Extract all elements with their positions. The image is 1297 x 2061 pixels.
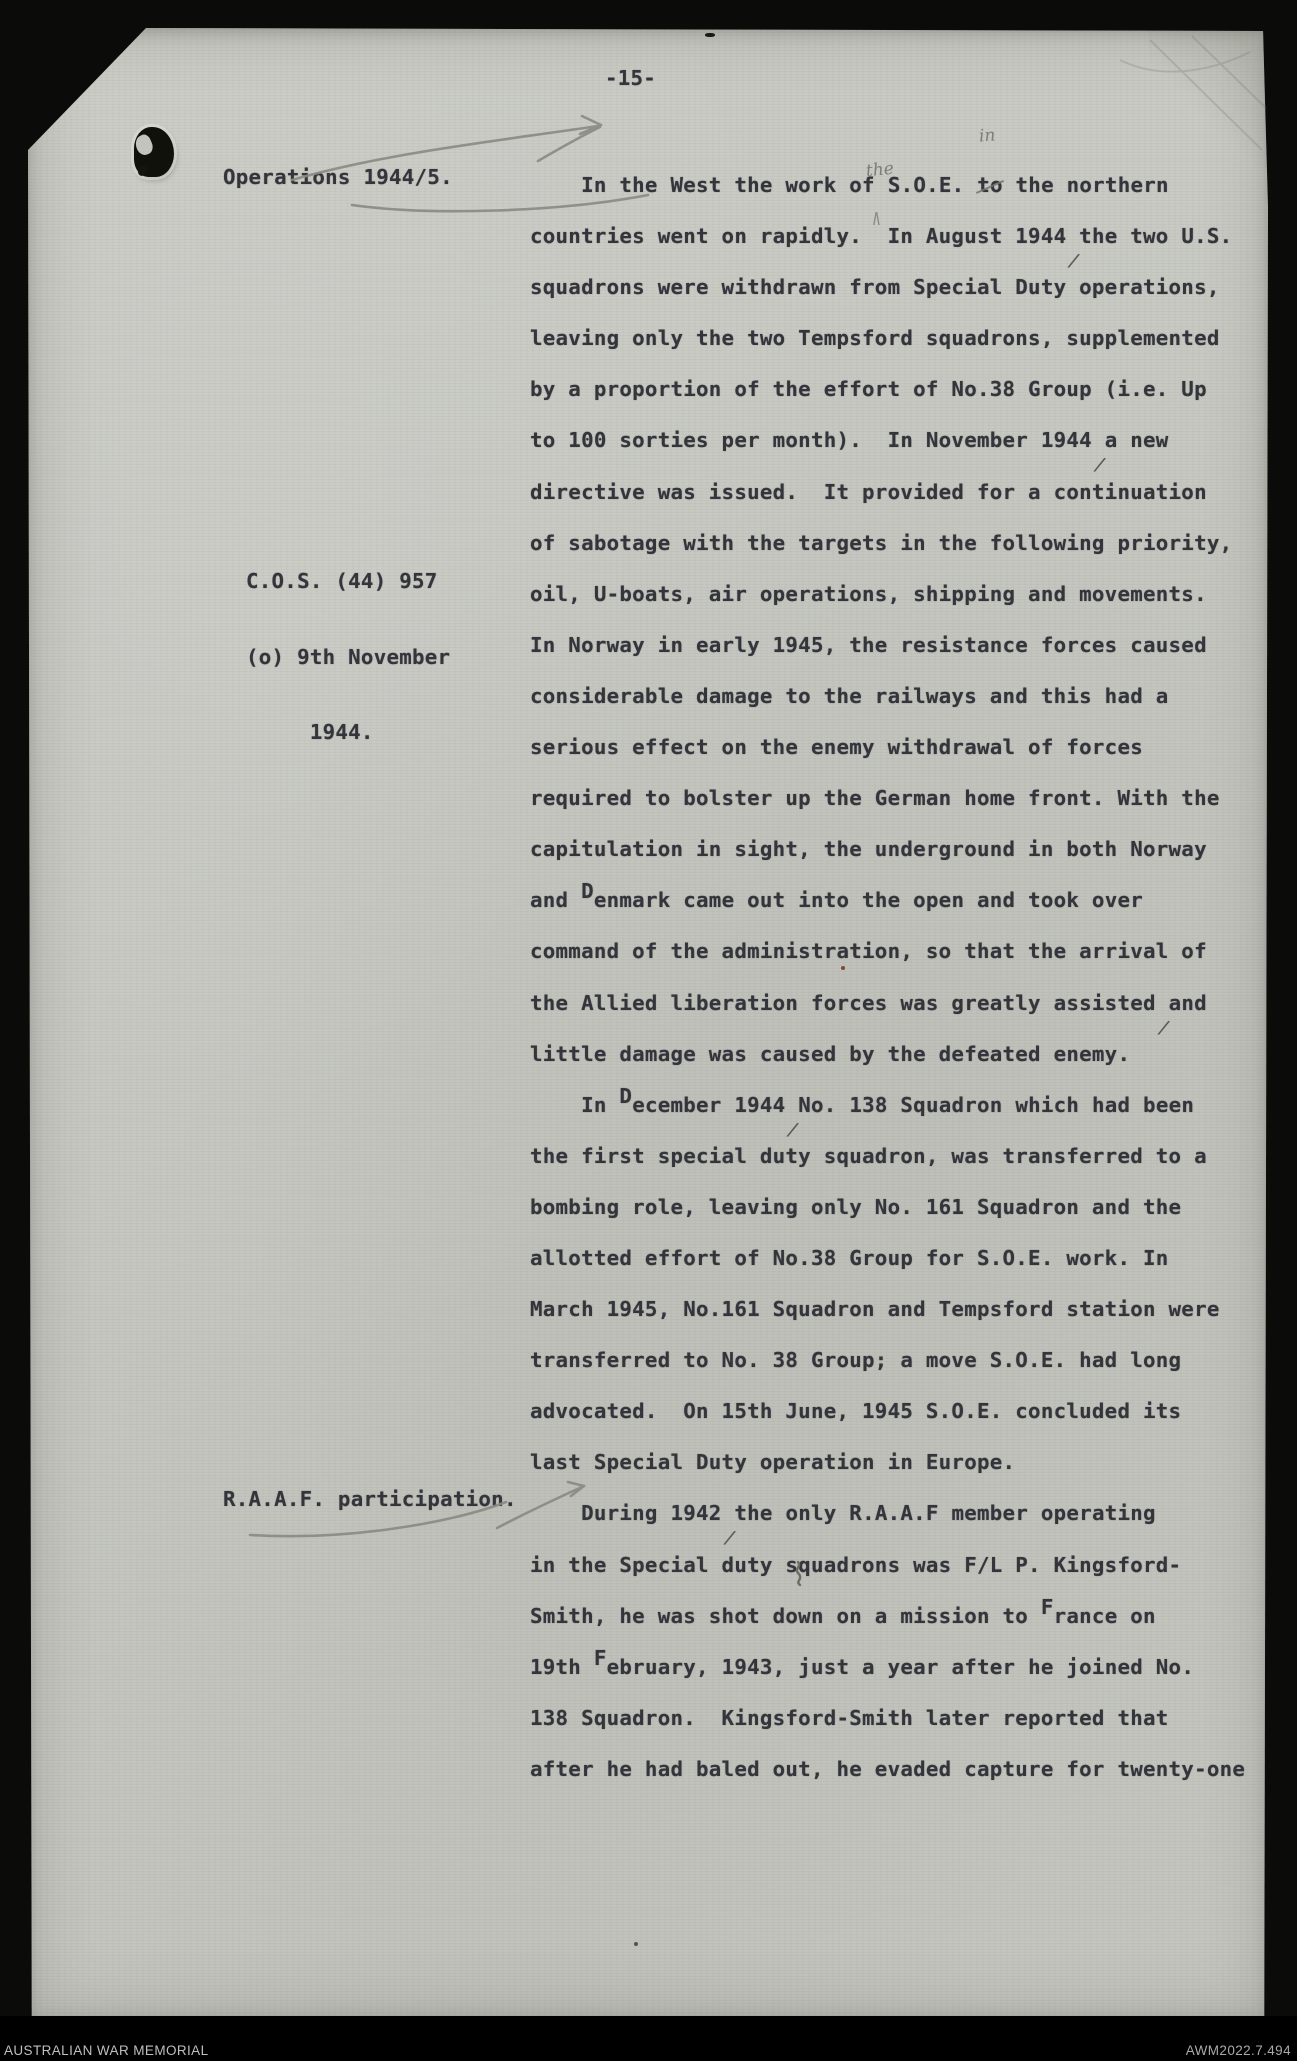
typed-line-16: command of the administration, so that t… bbox=[530, 926, 1270, 977]
raised-letter: F bbox=[1041, 1595, 1054, 1619]
footer-institution-label: AUSTRALIAN WAR MEMORIAL bbox=[4, 2043, 208, 2058]
footer-bar: AUSTRALIAN WAR MEMORIAL AWM2022.7.494 bbox=[0, 2016, 1297, 2061]
margin-note-operations: Operations 1944/5. bbox=[223, 165, 453, 189]
typed-line-2: countries went on rapidly. In August 194… bbox=[530, 211, 1270, 262]
typed-line-17: the Allied liberation forces was greatly… bbox=[530, 978, 1270, 1029]
margin-note-cos-line: (o) 9th November bbox=[246, 644, 450, 672]
pencil-correction: into bbox=[977, 160, 1003, 211]
typed-line-24: transferred to No. 38 Group; a move S.O.… bbox=[530, 1335, 1270, 1386]
top-edge-nick bbox=[705, 33, 715, 37]
typed-line-12: serious effect on the enemy withdrawal o… bbox=[530, 722, 1270, 773]
margin-note-cos-line: 1944. bbox=[246, 719, 450, 747]
typed-line-25: advocated. On 15th June, 1945 S.O.E. con… bbox=[530, 1386, 1270, 1437]
typed-line-5: by a proportion of the effort of No.38 G… bbox=[530, 364, 1270, 415]
typed-body: In the West the work ofthe∧S.O.E. into t… bbox=[530, 160, 1270, 1795]
paper-speck bbox=[634, 1942, 638, 1946]
typed-line-4: leaving only the two Tempsford squadrons… bbox=[530, 313, 1270, 364]
typed-line-7: directive was issued. It provided for a … bbox=[530, 467, 1270, 518]
typed-line-21: bombing role, leaving only No. 161 Squad… bbox=[530, 1182, 1270, 1233]
typed-line-6: to 100 sorties per month). In November 1… bbox=[530, 415, 1270, 466]
typed-line-31: 138 Squadron. Kingsford-Smith later repo… bbox=[530, 1693, 1270, 1744]
typed-line-19: In December 1944/No. 138 Squadron which … bbox=[530, 1080, 1270, 1131]
typed-line-1: In the West the work ofthe∧S.O.E. into t… bbox=[530, 160, 1270, 211]
typed-line-30: 19th February, 1943, just a year after h… bbox=[530, 1642, 1270, 1693]
margin-note-cos-line: C.O.S. (44) 957 bbox=[246, 568, 450, 596]
punch-hole bbox=[134, 127, 174, 177]
raised-letter: D bbox=[581, 879, 594, 903]
scan-frame: -15- Operations 1944/5. C.O.S. (44) 957 … bbox=[0, 0, 1297, 2061]
typed-line-29: Smith, he was shot down on a mission to … bbox=[530, 1591, 1270, 1642]
typed-line-9: oil, U-boats, air operations, shipping a… bbox=[530, 569, 1270, 620]
margin-note-raaf: R.A.A.F. participation. bbox=[223, 1487, 517, 1511]
typed-line-15: and Denmark came out into the open and t… bbox=[530, 875, 1270, 926]
page-number: -15- bbox=[605, 66, 656, 90]
corner-fold-crease bbox=[1148, 28, 1268, 168]
typed-line-13: required to bolster up the German home f… bbox=[530, 773, 1270, 824]
typed-line-3: squadrons were withdrawn from Special Du… bbox=[530, 262, 1270, 313]
typed-line-27: During 1942/the only R.A.A.F member oper… bbox=[530, 1488, 1270, 1539]
typed-line-23: March 1945, No.161 Squadron and Tempsfor… bbox=[530, 1284, 1270, 1335]
typed-line-10: In Norway in early 1945, the resistance … bbox=[530, 620, 1270, 671]
typed-line-28: in the Special duty squadrons was F/L P.… bbox=[530, 1540, 1270, 1591]
typed-line-26: last Special Duty operation in Europe. bbox=[530, 1437, 1270, 1488]
typed-line-8: of sabotage with the targets in the foll… bbox=[530, 518, 1270, 569]
typed-line-32: after he had baled out, he evaded captur… bbox=[530, 1744, 1270, 1795]
raised-letter: F bbox=[594, 1646, 607, 1670]
margin-note-cos-reference: C.O.S. (44) 957 (o) 9th November 1944. bbox=[246, 520, 450, 795]
raised-letter: D bbox=[619, 1084, 632, 1108]
punch-hole-paper-chip bbox=[133, 133, 156, 158]
typed-line-20: the first special duty squadron, was tra… bbox=[530, 1131, 1270, 1182]
typed-line-11: considerable damage to the railways and … bbox=[530, 671, 1270, 722]
typed-line-22: allotted effort of No.38 Group for S.O.E… bbox=[530, 1233, 1270, 1284]
typed-line-14: capitulation in sight, the underground i… bbox=[530, 824, 1270, 875]
footer-accession-number: AWM2022.7.494 bbox=[1186, 2043, 1291, 2058]
paper-speck bbox=[841, 966, 845, 970]
punch-hole-tear bbox=[137, 164, 149, 177]
